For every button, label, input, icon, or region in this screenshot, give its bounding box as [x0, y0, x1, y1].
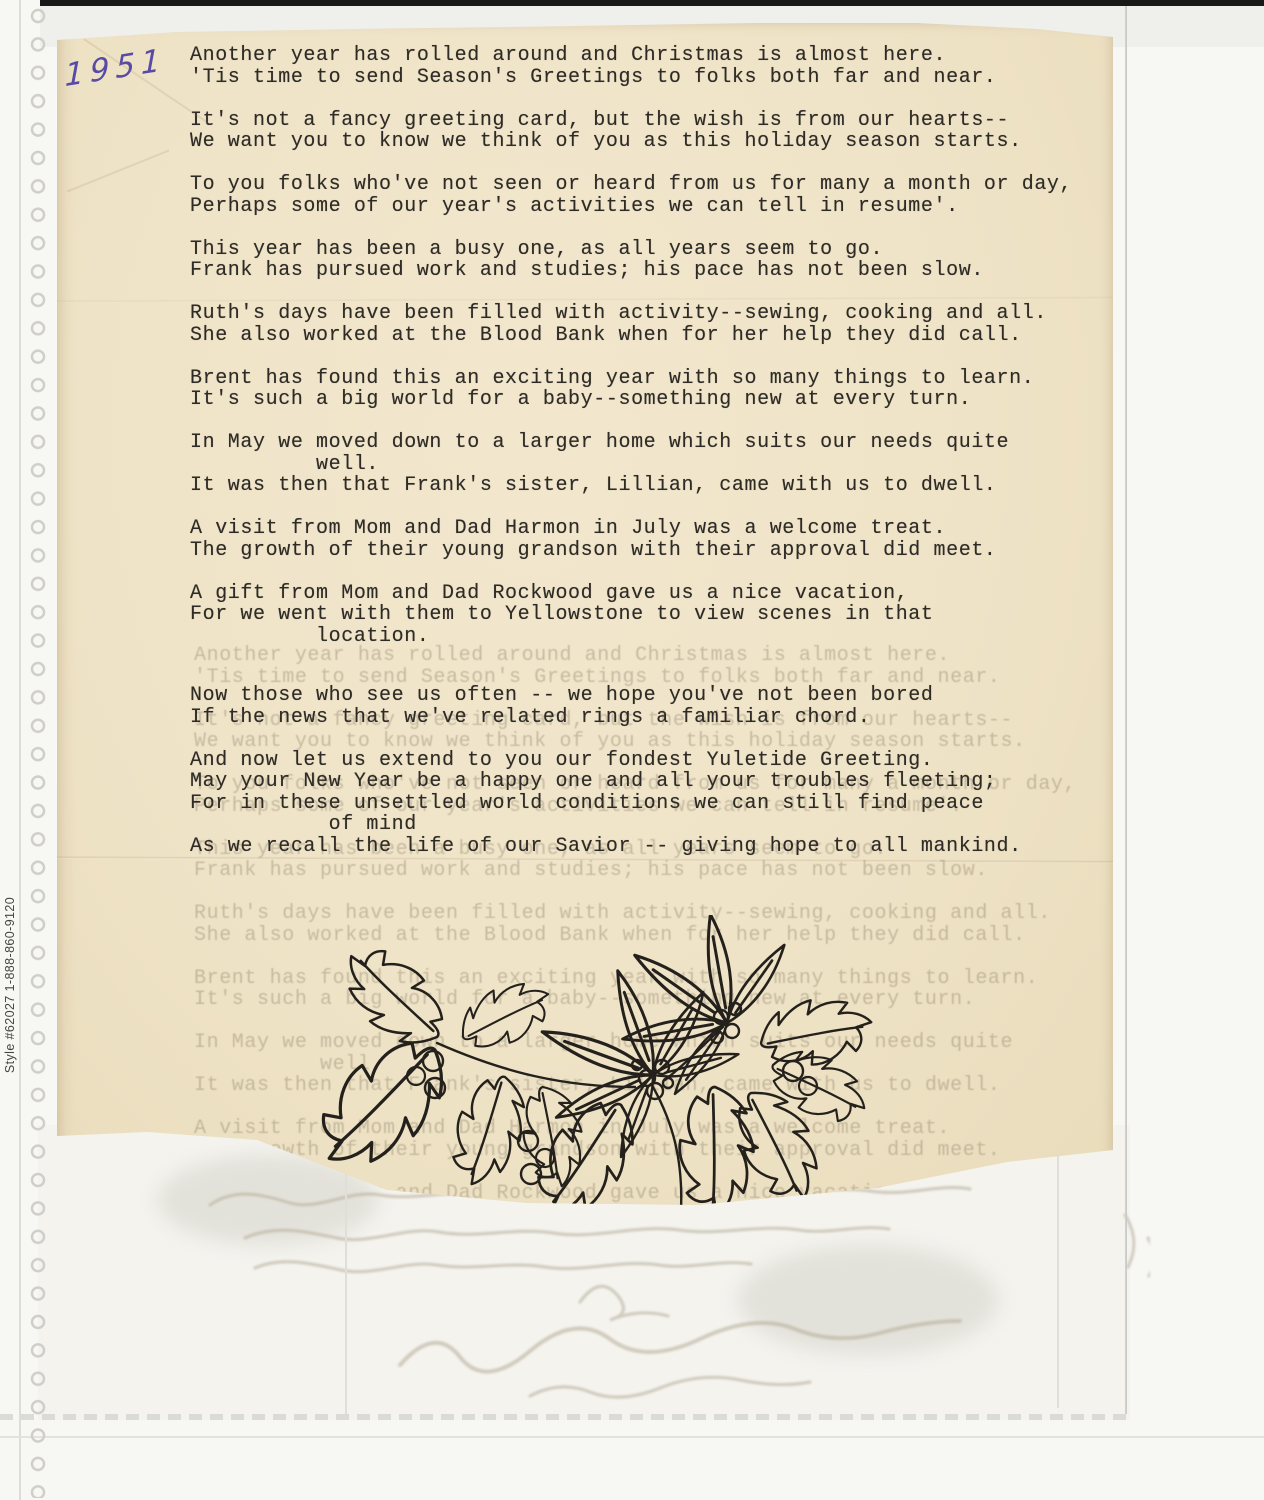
- poem-part-1: Another year has rolled around and Chris…: [190, 45, 1072, 647]
- sleeve-right-edge: [1125, 6, 1127, 1414]
- stem: [437, 1043, 635, 1087]
- binder-ring-strip: [25, 2, 51, 1498]
- year-annotation: 1951: [65, 42, 167, 95]
- paper-wrinkle: [67, 149, 170, 192]
- holly-poinsettia-illustration: [285, 915, 885, 1215]
- letter-paper: 1951 Another year has rolled around and …: [57, 20, 1113, 1210]
- scanner-edge-bar: [40, 0, 1264, 6]
- sleeve-left-edge: [19, 0, 21, 1500]
- sleeve-seam-stitching: [0, 1414, 1132, 1420]
- sleeve-crease: [1057, 1150, 1059, 1408]
- scanned-page: Style #62027 1-888-860-9120 1951 Another…: [0, 0, 1264, 1500]
- poem-part-2: Now those who see us often -- we hope yo…: [190, 685, 1022, 857]
- sleeve-vendor-text: Style #62027 1-888-860-9120: [3, 897, 17, 1073]
- sleeve-seam-line: [0, 1436, 1264, 1438]
- sleeve-crease: [345, 1150, 347, 1415]
